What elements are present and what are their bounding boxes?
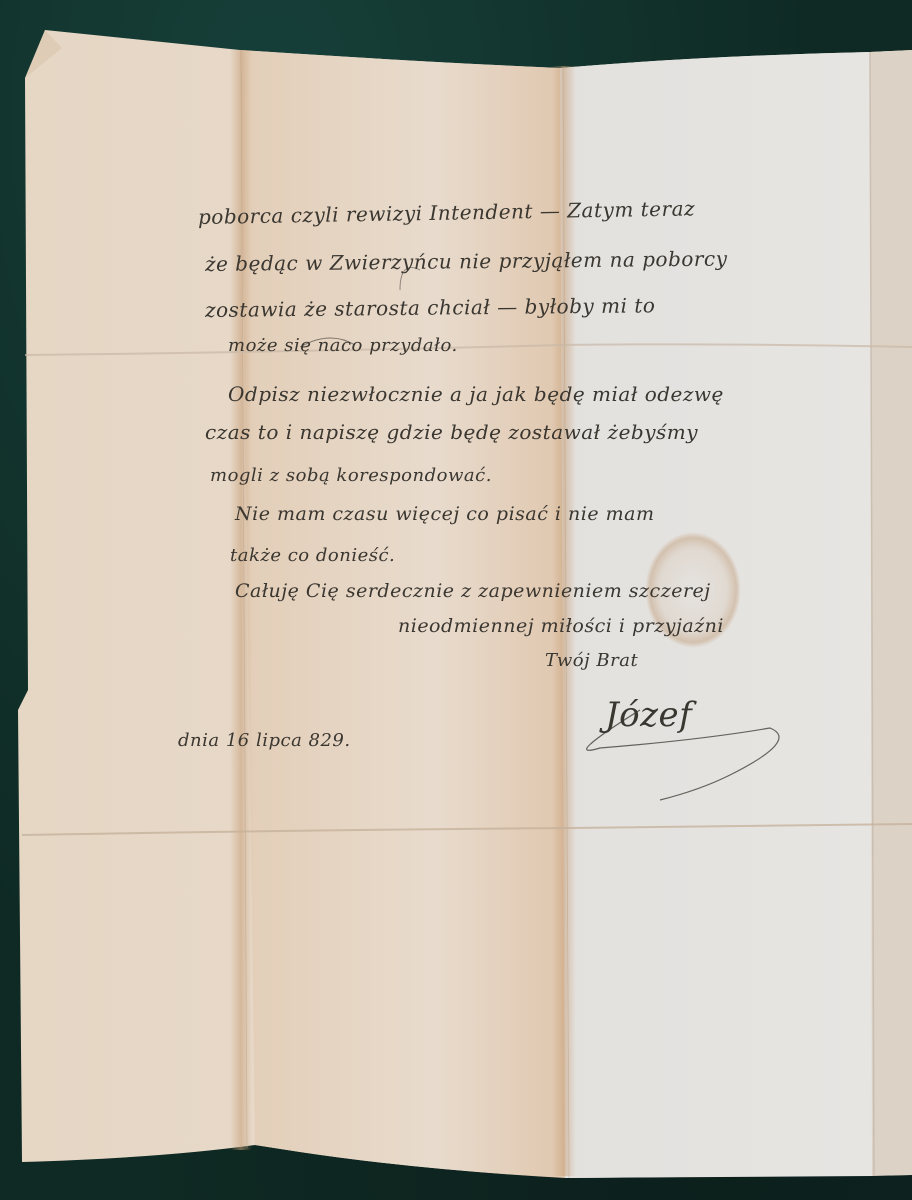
letter-line-5: Odpisz niezwłocznie a ja jak będę miał o…	[228, 382, 724, 406]
letter-line-3: zostawia że starosta chciał — byłoby mi …	[205, 293, 656, 322]
letter-paper: poborca czyli rewizyi Intendent — Zatym …	[0, 0, 912, 1200]
letter-line-7: mogli z sobą korespondować.	[210, 465, 492, 486]
letter-signature: Józef	[605, 695, 692, 735]
letter-date: dnia 16 lipca 829.	[178, 730, 351, 751]
letter-closing: Twój Brat	[545, 650, 638, 671]
letter-line-8: Nie mam czasu więcej co pisać i nie mam	[235, 503, 654, 525]
letter-line-6: czas to i napiszę gdzie będę zostawał że…	[205, 420, 698, 444]
letter-line-9: także co donieść.	[230, 545, 395, 566]
letter-line-4: może się naco przydało.	[228, 335, 458, 356]
letter-line-10: Całuję Cię serdecznie z zapewnieniem szc…	[235, 580, 711, 602]
letter-line-11: nieodmiennej miłości i przyjaźni	[398, 615, 724, 637]
